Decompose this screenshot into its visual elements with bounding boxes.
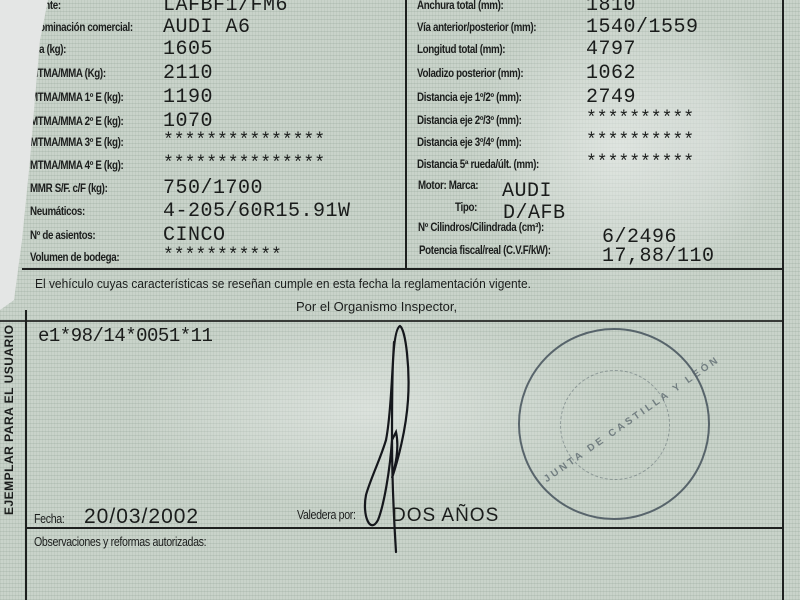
field-value: ********** <box>586 131 694 151</box>
homologation-number: e1*98/14*0051*11 <box>38 325 212 347</box>
motor-marca-label: Motor: Marca: <box>418 180 478 192</box>
field-label: MMR S/F. c/F (kg): <box>30 183 108 195</box>
field-value: *************** <box>163 154 325 174</box>
fecha-value: 20/03/2002 <box>84 505 199 529</box>
border-right <box>782 0 784 600</box>
field-value: *********** <box>163 246 282 266</box>
field-label: Nº de asientos: <box>30 230 95 242</box>
field-value: ********** <box>586 109 694 129</box>
cilindros-label: Nº Cilindros/Cilindrada (cm³): <box>418 222 544 234</box>
potencia-value: 17,88/110 <box>602 245 715 268</box>
field-value: CINCO <box>163 224 226 247</box>
field-label: Anchura total (mm): <box>417 0 503 12</box>
field-value: 750/1700 <box>163 177 263 200</box>
inspector-text: Por el Organismo Inspector, <box>296 299 457 314</box>
validez-value: DOS AÑOS <box>392 505 499 527</box>
field-label: Distancia eje 3º/4º (mm): <box>417 137 522 149</box>
field-value: 1605 <box>163 38 213 61</box>
field-label: Neumáticos: <box>30 206 85 218</box>
field-label: MTMA/MMA 4º E (kg): <box>30 160 123 172</box>
field-label: MTMA/MMA 1º E (kg): <box>30 92 123 104</box>
border-left <box>25 310 27 600</box>
field-value: 1810 <box>586 0 636 17</box>
itv-card: Motor: Marca: AUDI Tipo: D/AFB Nº Cilind… <box>0 0 800 600</box>
field-label: Longitud total (mm): <box>417 44 505 56</box>
field-value: 1540/1559 <box>586 16 699 39</box>
validez-label: Valedera por: <box>297 508 356 522</box>
field-value: 4797 <box>586 38 636 61</box>
field-value: 1190 <box>163 86 213 109</box>
field-label: MTMA/MMA 2º E (kg): <box>30 116 123 128</box>
official-stamp: JUNTA DE CASTILLA Y LEÓN <box>518 328 710 520</box>
field-value: LAFBF1/FM6 <box>163 0 288 17</box>
compliance-text: El vehículo cuyas características se res… <box>35 276 531 291</box>
motor-marca-value: AUDI <box>502 180 552 203</box>
divider-center <box>405 0 407 268</box>
field-value: 4-205/60R15.91W <box>163 200 351 223</box>
field-label: Distancia 5ª rueda/últ. (mm): <box>417 159 539 171</box>
fecha-label: Fecha: <box>34 512 64 526</box>
side-label: EJEMPLAR PARA EL USUARIO <box>2 325 16 515</box>
field-label: ...ominación comercial: <box>32 22 133 34</box>
field-label: Volumen de bodega: <box>30 252 119 264</box>
field-label: MTMA/MMA (Kg): <box>30 68 106 80</box>
field-value: 1070 <box>163 110 213 133</box>
field-value: AUDI A6 <box>163 16 251 39</box>
field-label: Voladizo posterior (mm): <box>417 68 523 80</box>
field-label: MTMA/MMA 3º E (kg): <box>30 137 123 149</box>
field-label: Distancia eje 2º/3º (mm): <box>417 115 522 127</box>
field-label: Vía anterior/posterior (mm): <box>417 22 536 34</box>
field-value: ********** <box>586 153 694 173</box>
potencia-label: Potencia fiscal/real (C.V.F/kW): <box>419 245 551 257</box>
divider-row <box>22 268 784 270</box>
motor-tipo-label: Tipo: <box>455 202 477 214</box>
field-value: 2749 <box>586 86 636 109</box>
field-value: *************** <box>163 131 325 151</box>
observaciones-label: Observaciones y reformas autorizadas: <box>34 535 206 549</box>
field-value: 2110 <box>163 62 213 85</box>
field-label: Distancia eje 1º/2º (mm): <box>417 92 522 104</box>
field-value: 1062 <box>586 62 636 85</box>
